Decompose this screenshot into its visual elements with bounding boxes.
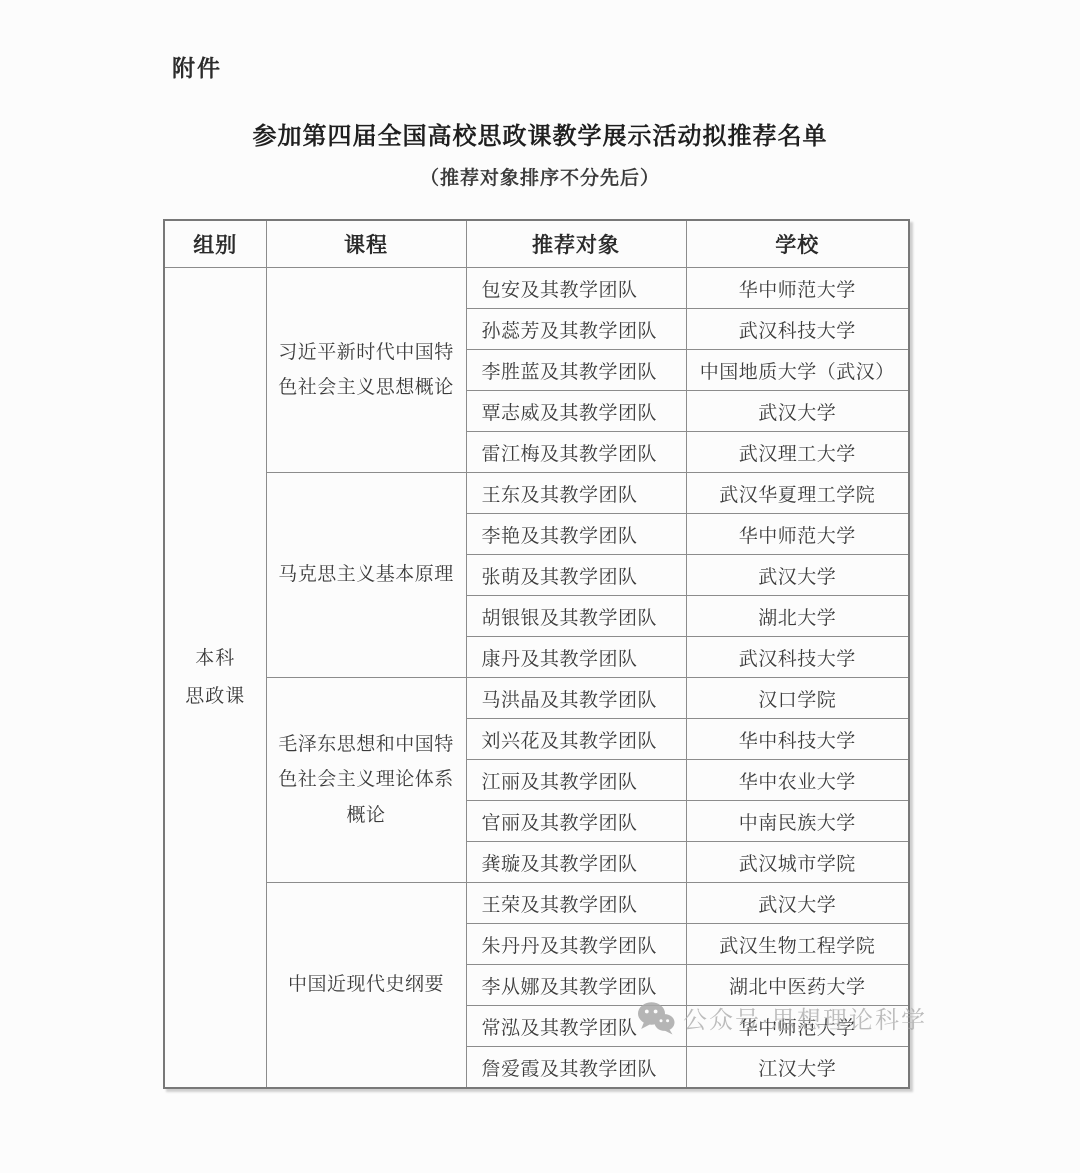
candidate-cell: 李艳及其教学团队: [466, 514, 686, 555]
course-cell: 马克思主义基本原理: [266, 473, 466, 678]
table-row: 中国近现代史纲要 王荣及其教学团队 武汉大学: [164, 883, 909, 924]
school-cell: 武汉科技大学: [686, 637, 909, 678]
school-cell: 湖北大学: [686, 596, 909, 637]
candidate-cell: 李胜蓝及其教学团队: [466, 350, 686, 391]
candidate-cell: 王东及其教学团队: [466, 473, 686, 514]
candidate-cell: 朱丹丹及其教学团队: [466, 924, 686, 965]
page-title: 参加第四届全国高校思政课教学展示活动拟推荐名单: [0, 116, 1080, 151]
school-cell: 中南民族大学: [686, 801, 909, 842]
page-subtitle: （推荐对象排序不分先后）: [0, 163, 1080, 190]
school-cell: 汉口学院: [686, 678, 909, 719]
group-cell: 本科 思政课: [164, 268, 266, 1089]
candidate-cell: 刘兴花及其教学团队: [466, 719, 686, 760]
school-cell: 湖北中医药大学: [686, 965, 909, 1006]
course-cell: 习近平新时代中国特色社会主义思想概论: [266, 268, 466, 473]
column-header-candidate: 推荐对象: [466, 220, 686, 268]
candidate-cell: 雷江梅及其教学团队: [466, 432, 686, 473]
course-cell: 毛泽东思想和中国特色社会主义理论体系概论: [266, 678, 466, 883]
column-header-course: 课程: [266, 220, 466, 268]
candidate-cell: 常泓及其教学团队: [466, 1006, 686, 1047]
column-header-school: 学校: [686, 220, 909, 268]
school-cell: 华中农业大学: [686, 760, 909, 801]
recommendation-table: 组别 课程 推荐对象 学校 本科 思政课 习近平新时代中国特色社会主义思想概论 …: [163, 219, 910, 1089]
table-header-row: 组别 课程 推荐对象 学校: [164, 220, 909, 268]
school-cell: 武汉生物工程学院: [686, 924, 909, 965]
candidate-cell: 包安及其教学团队: [466, 268, 686, 309]
candidate-cell: 张萌及其教学团队: [466, 555, 686, 596]
school-cell: 武汉大学: [686, 883, 909, 924]
document-page: 附件 参加第四届全国高校思政课教学展示活动拟推荐名单 （推荐对象排序不分先后） …: [0, 0, 1080, 1173]
school-cell: 武汉大学: [686, 391, 909, 432]
school-cell: 华中师范大学: [686, 268, 909, 309]
candidate-cell: 王荣及其教学团队: [466, 883, 686, 924]
candidate-cell: 官丽及其教学团队: [466, 801, 686, 842]
column-header-group: 组别: [164, 220, 266, 268]
school-cell: 中国地质大学（武汉）: [686, 350, 909, 391]
candidate-cell: 胡银银及其教学团队: [466, 596, 686, 637]
school-cell: 华中师范大学: [686, 514, 909, 555]
school-cell: 武汉大学: [686, 555, 909, 596]
school-cell: 华中师范大学: [686, 1006, 909, 1047]
candidate-cell: 江丽及其教学团队: [466, 760, 686, 801]
candidate-cell: 詹爱霞及其教学团队: [466, 1047, 686, 1089]
attachment-label: 附件: [172, 50, 222, 83]
table-row: 马克思主义基本原理 王东及其教学团队 武汉华夏理工学院: [164, 473, 909, 514]
candidate-cell: 李从娜及其教学团队: [466, 965, 686, 1006]
table-row: 毛泽东思想和中国特色社会主义理论体系概论 马洪晶及其教学团队 汉口学院: [164, 678, 909, 719]
candidate-cell: 龚璇及其教学团队: [466, 842, 686, 883]
candidate-cell: 孙蕊芳及其教学团队: [466, 309, 686, 350]
candidate-cell: 覃志威及其教学团队: [466, 391, 686, 432]
school-cell: 武汉科技大学: [686, 309, 909, 350]
table-row: 本科 思政课 习近平新时代中国特色社会主义思想概论 包安及其教学团队 华中师范大…: [164, 268, 909, 309]
candidate-cell: 马洪晶及其教学团队: [466, 678, 686, 719]
course-cell: 中国近现代史纲要: [266, 883, 466, 1089]
school-cell: 江汉大学: [686, 1047, 909, 1089]
school-cell: 武汉理工大学: [686, 432, 909, 473]
candidate-cell: 康丹及其教学团队: [466, 637, 686, 678]
school-cell: 武汉华夏理工学院: [686, 473, 909, 514]
school-cell: 华中科技大学: [686, 719, 909, 760]
school-cell: 武汉城市学院: [686, 842, 909, 883]
